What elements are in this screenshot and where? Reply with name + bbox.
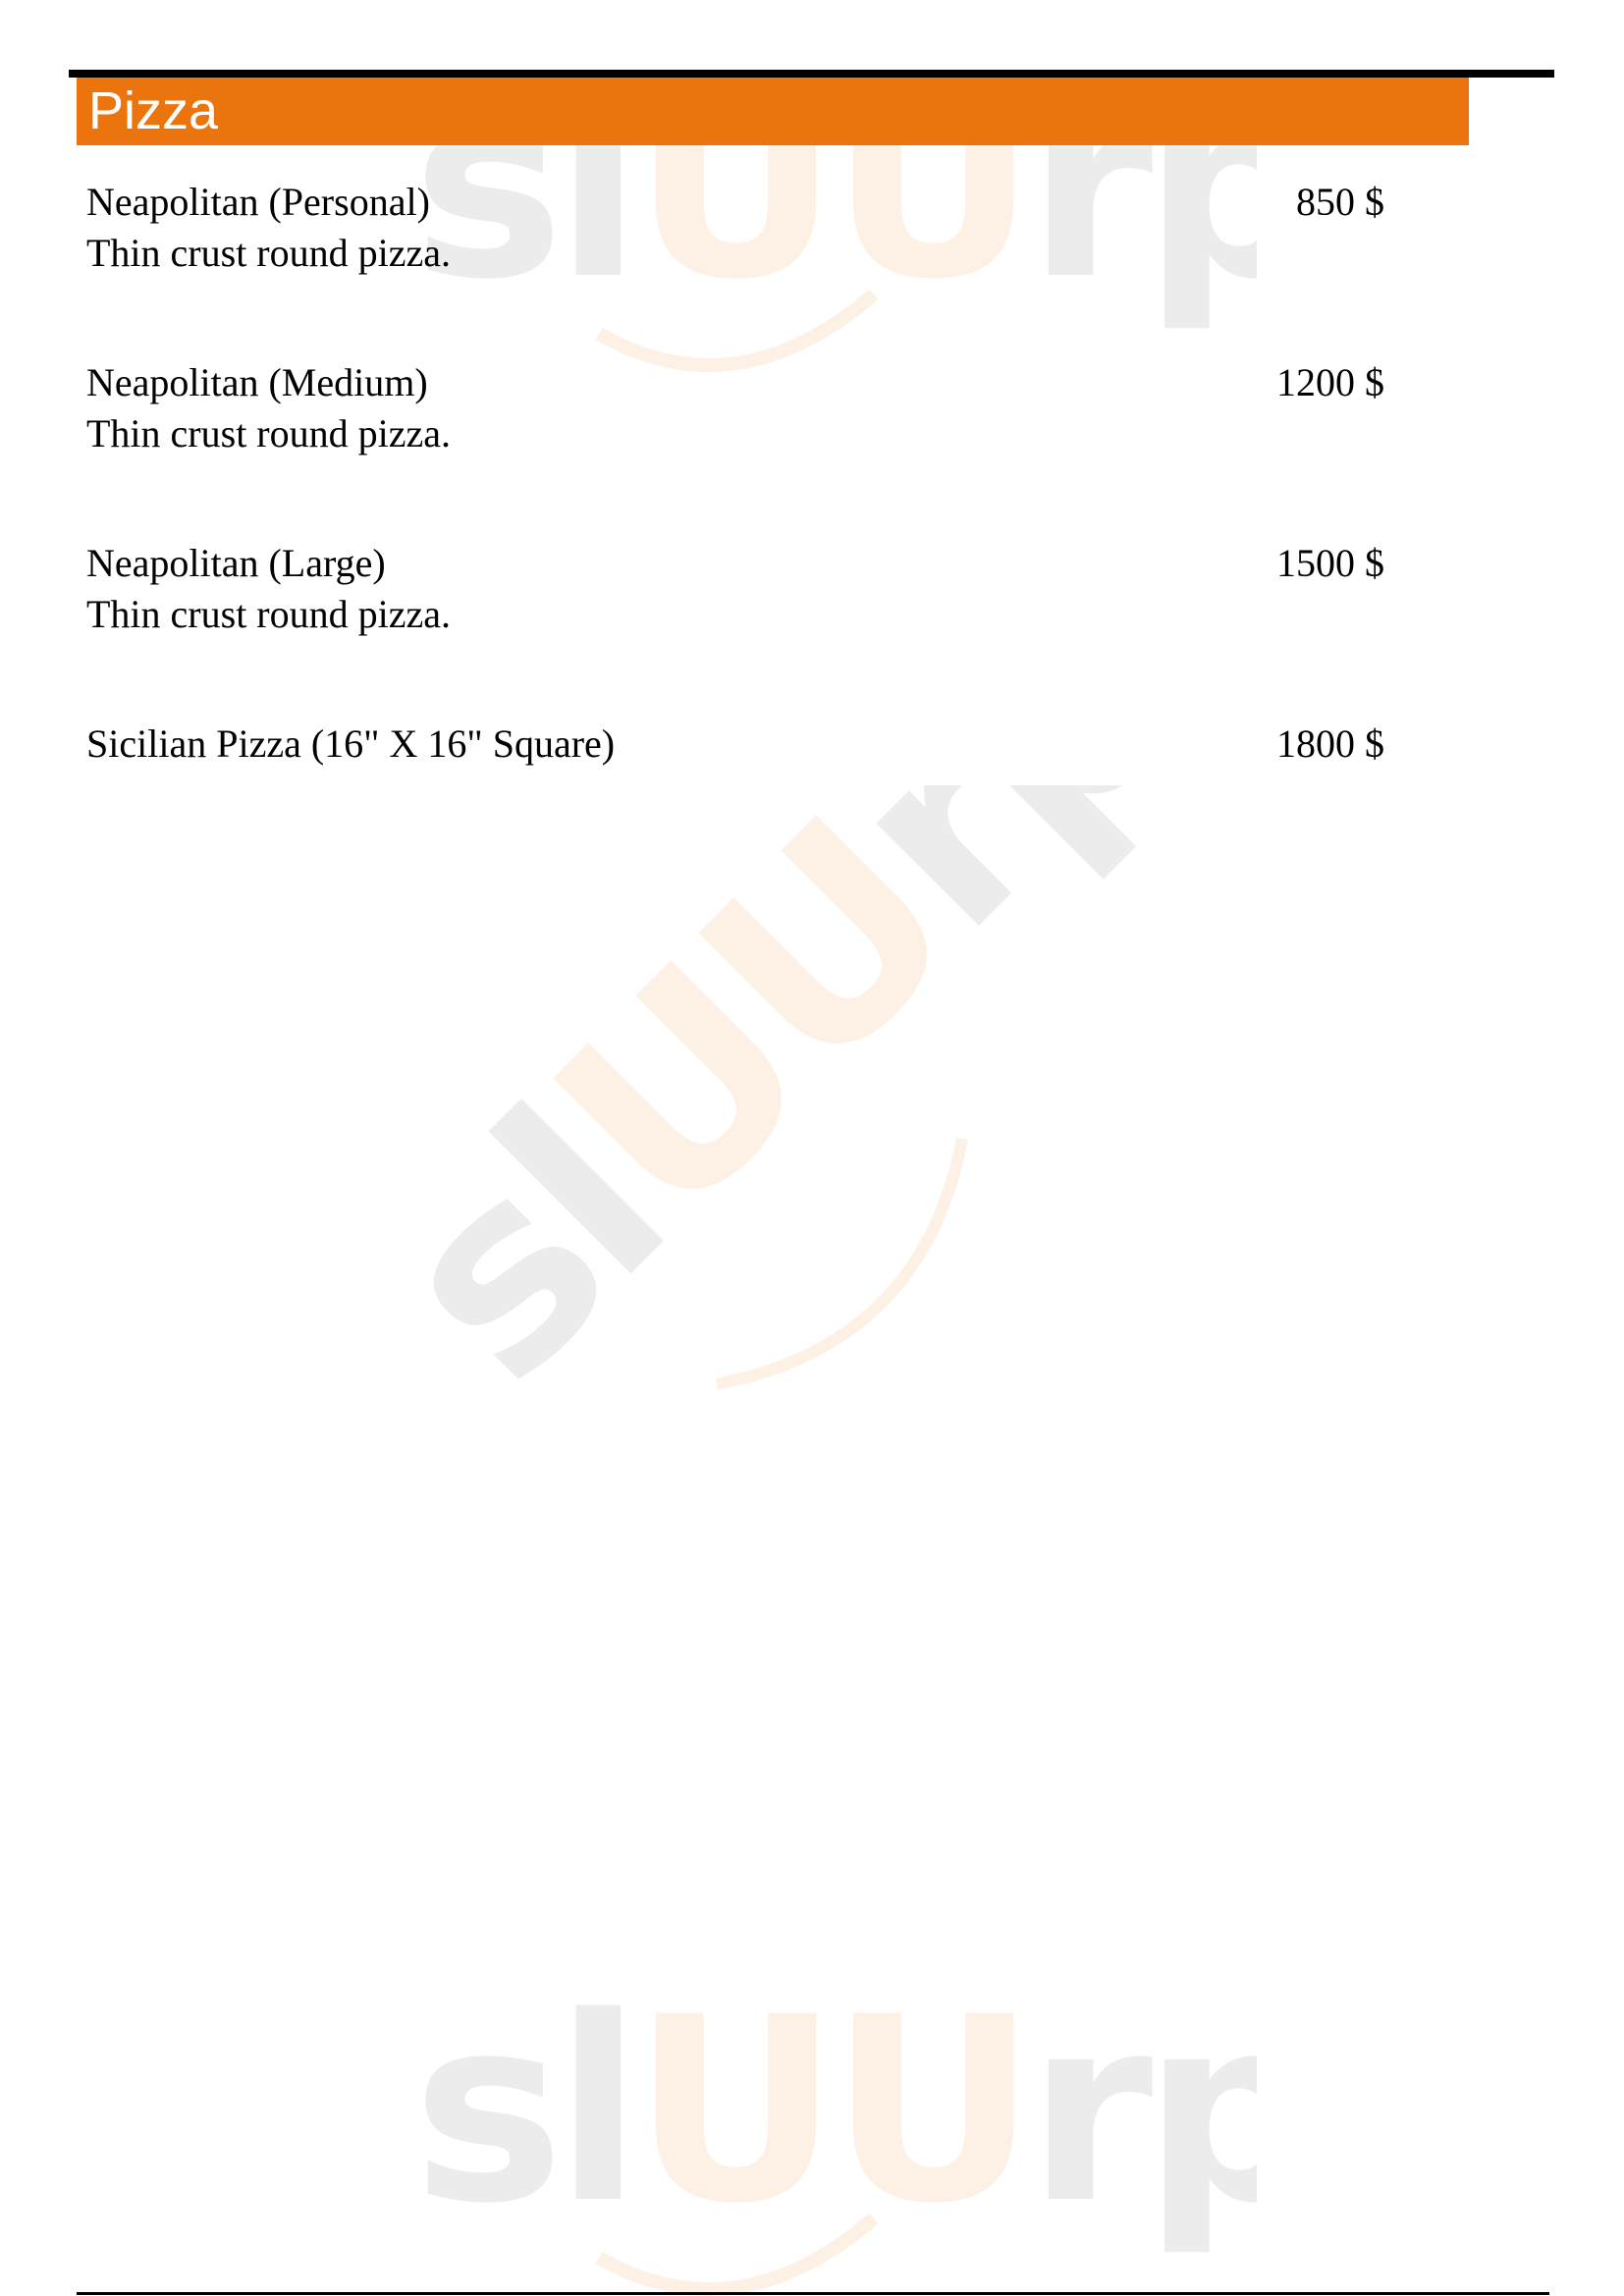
item-name: Neapolitan (Personal) bbox=[86, 177, 1384, 228]
menu-item: Neapolitan (Medium) Thin crust round piz… bbox=[86, 357, 1384, 459]
section-header-pizza: Pizza bbox=[77, 78, 1469, 145]
item-description: Thin crust round pizza. bbox=[86, 408, 1384, 459]
svg-text:slUUrpy: slUUrpy bbox=[432, 785, 1237, 1438]
bottom-divider bbox=[77, 2292, 1549, 2295]
item-description: Thin crust round pizza. bbox=[86, 589, 1384, 640]
item-price: 1500 $ bbox=[1276, 538, 1384, 589]
section-title: Pizza bbox=[88, 81, 218, 140]
menu-item: Neapolitan (Large) Thin crust round pizz… bbox=[86, 538, 1384, 640]
svg-text:slUUrpy: slUUrpy bbox=[412, 1963, 1257, 2260]
item-name: Neapolitan (Large) bbox=[86, 538, 1384, 589]
watermark-logo-bottom: slUUrpy bbox=[412, 1963, 1257, 2296]
menu-item: Neapolitan (Personal) Thin crust round p… bbox=[86, 177, 1384, 279]
item-price: 850 $ bbox=[1296, 177, 1384, 228]
item-description: Thin crust round pizza. bbox=[86, 228, 1384, 279]
watermark-logo-middle: slUUrpy bbox=[432, 785, 1237, 1492]
item-name: Sicilian Pizza (16" X 16" Square) bbox=[86, 719, 1384, 770]
top-divider bbox=[69, 70, 1554, 78]
menu-item: Sicilian Pizza (16" X 16" Square) 1800 $ bbox=[86, 719, 1384, 770]
item-price: 1200 $ bbox=[1276, 357, 1384, 408]
item-name: Neapolitan (Medium) bbox=[86, 357, 1384, 408]
item-price: 1800 $ bbox=[1276, 719, 1384, 770]
